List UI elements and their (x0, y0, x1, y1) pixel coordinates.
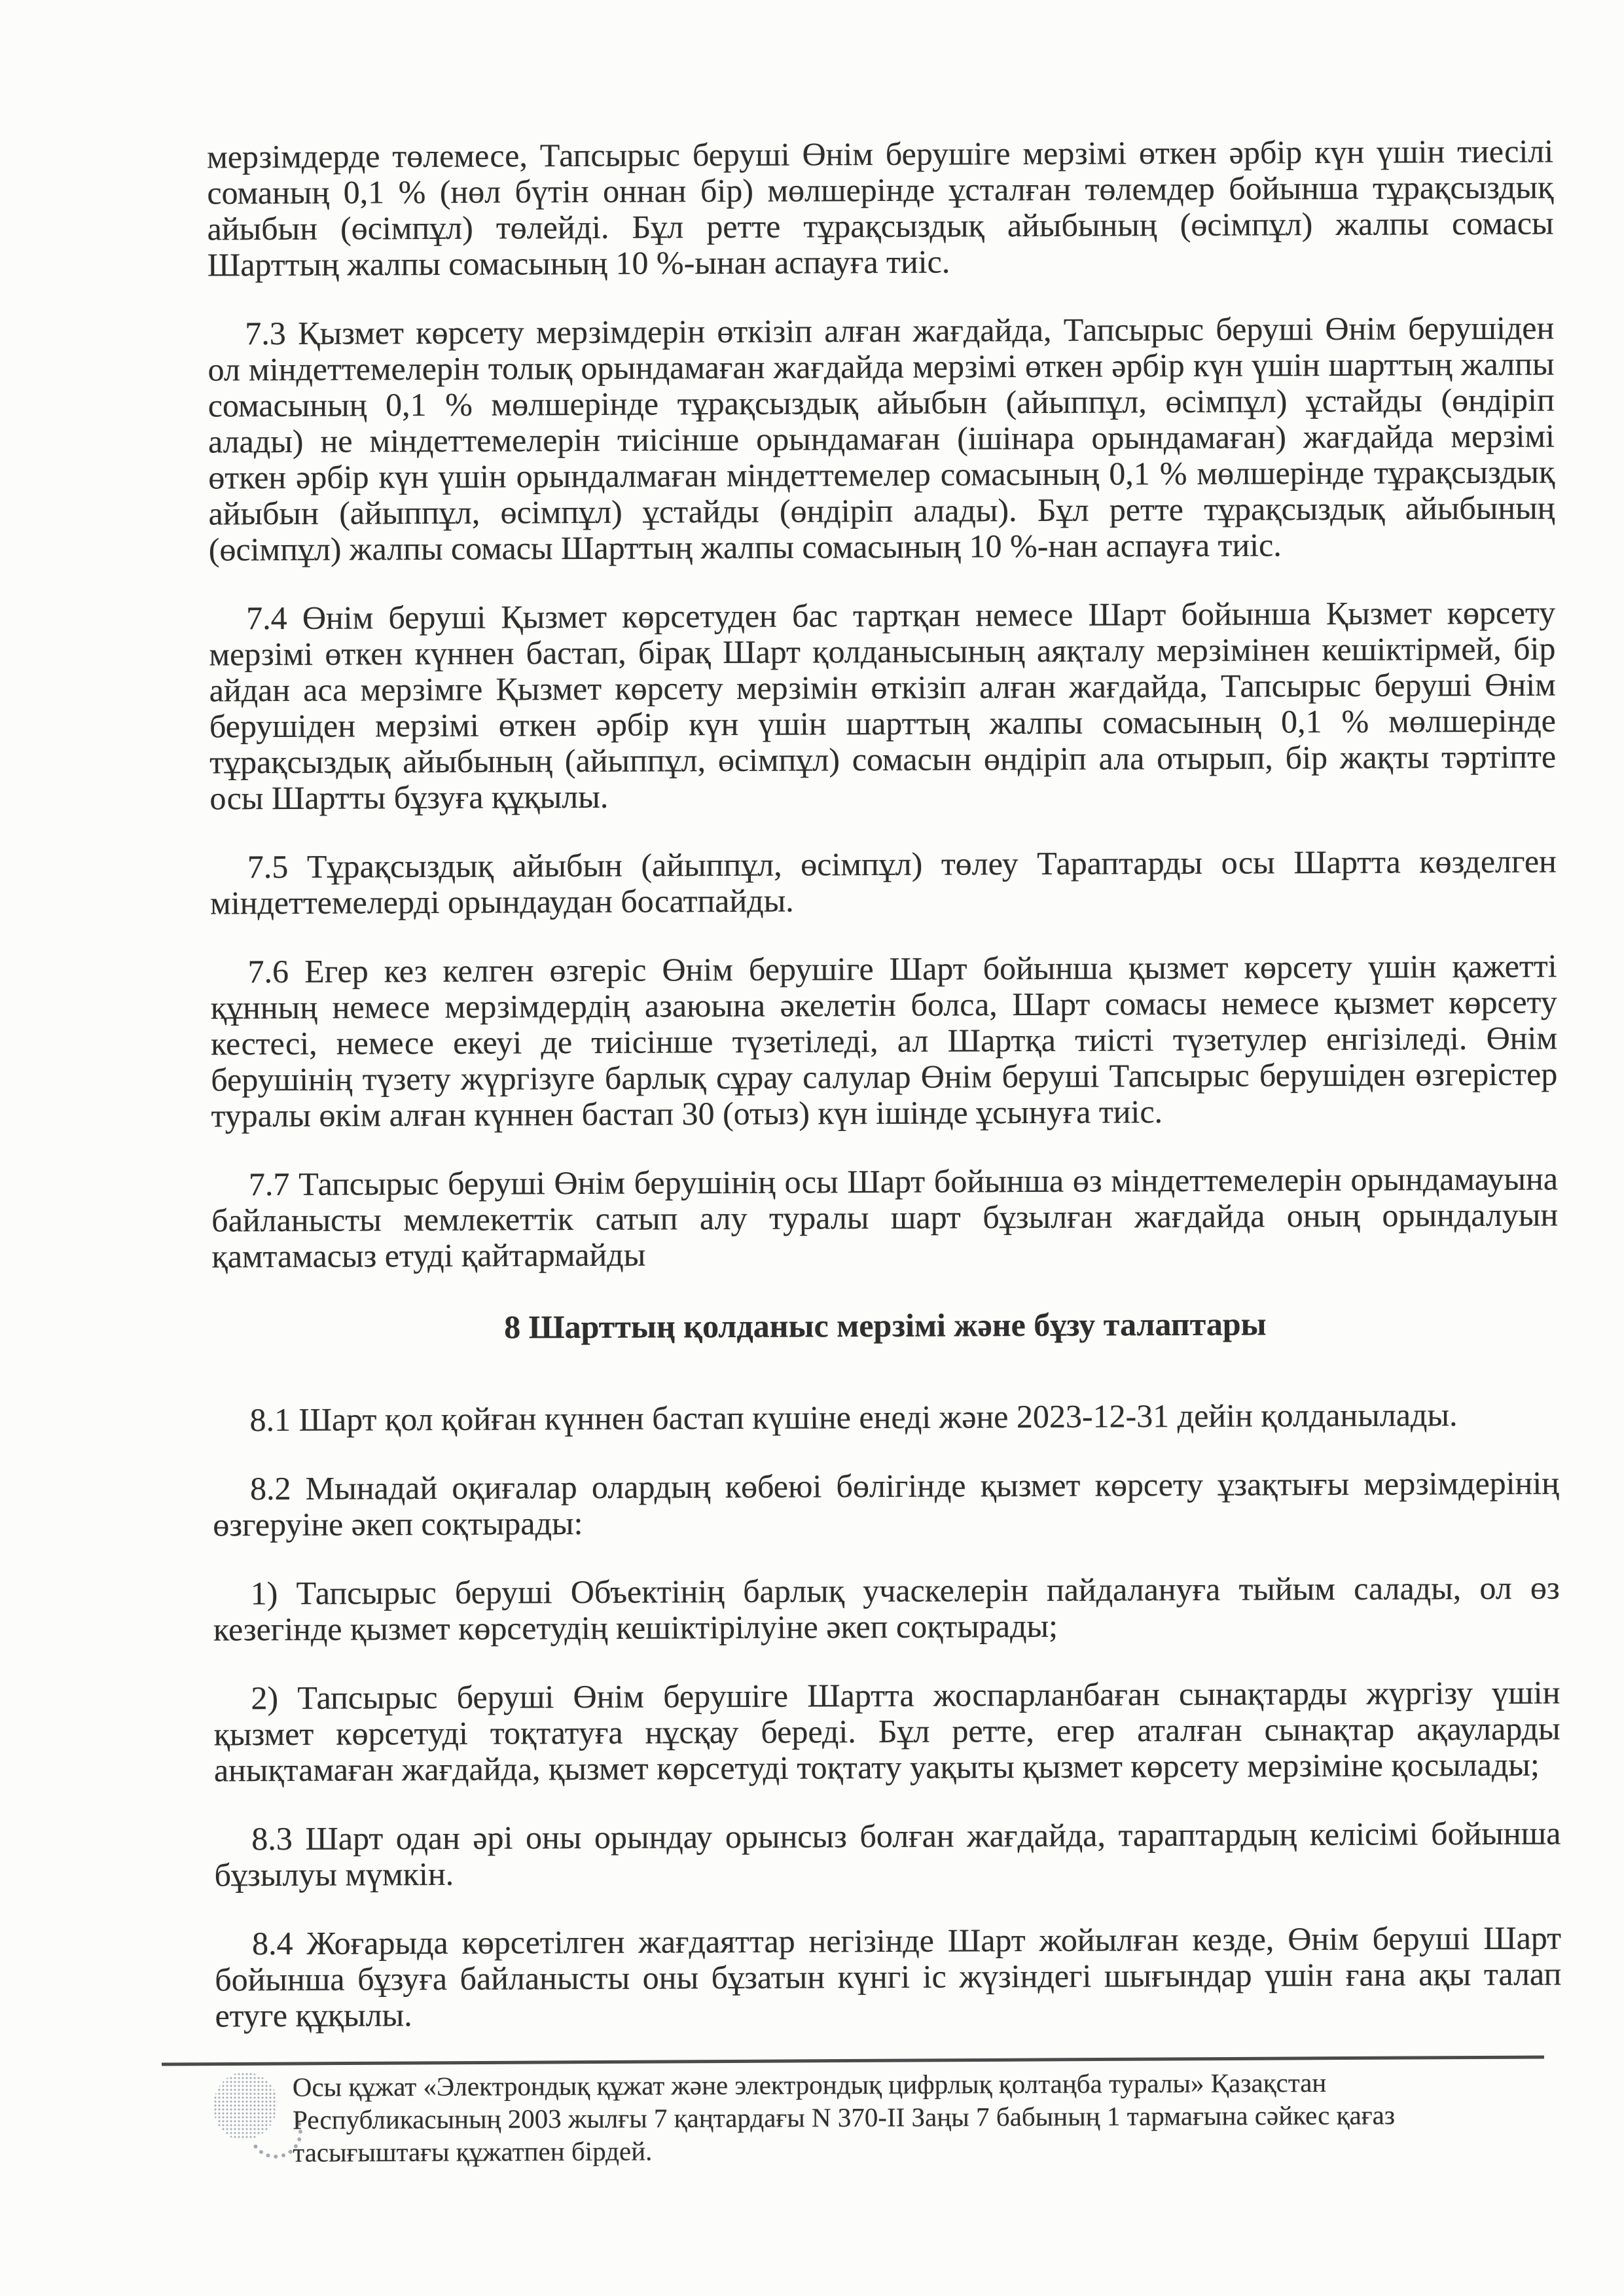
section-8-heading: 8 Шарттың қолданыс мерзімі және бұзу тал… (212, 1304, 1559, 1346)
paragraph-8-3: 8.3 Шарт одан әрі оны орындау орынсыз бо… (214, 1815, 1561, 1893)
footer-legal-note: Осы құжат «Электрондық құжат және электр… (293, 2066, 1406, 2168)
paragraph-7-4: 7.4 Өнім беруші Қызмет көрсетуден бас та… (209, 595, 1556, 817)
paragraph-7-3: 7.3 Қызмет көрсету мерзімдерін өткізіп а… (208, 310, 1555, 568)
paragraph-8-2-item-2: 2) Тапсырыс беруші Өнім берушіге Шартта … (213, 1674, 1561, 1788)
contract-body-text: мерзімдерде төлемесе, Тапсырыс беруші Өн… (207, 134, 1562, 2067)
paragraph-8-1: 8.1 Шарт қол қойған күннен бастап күшіне… (212, 1396, 1559, 1438)
digital-signature-stamp-icon (213, 2072, 278, 2140)
paragraph-7-6: 7.6 Егер кез келген өзгеріс Өнім берушіг… (210, 948, 1557, 1134)
paragraph-8-4: 8.4 Жоғарыда көрсетілген жағдаяттар негі… (215, 1920, 1562, 2034)
paragraph-8-2-item-1: 1) Тапсырыс беруші Объектінің барлық уча… (213, 1570, 1560, 1647)
paragraph-7-2-continuation: мерзімдерде төлемесе, Тапсырыс беруші Өн… (207, 134, 1554, 283)
paragraph-7-5: 7.5 Тұрақсыздық айыбын (айыппұл, өсімпұл… (210, 844, 1557, 922)
paragraph-8-2: 8.2 Мынадай оқиғалар олардың көбеюі бөлі… (213, 1465, 1559, 1543)
paragraph-7-7: 7.7 Тапсырыс беруші Өнім берушінің осы Ш… (211, 1160, 1559, 1274)
scanned-contract-page: мерзімдерде төлемесе, Тапсырыс беруші Өн… (0, 0, 1624, 2296)
